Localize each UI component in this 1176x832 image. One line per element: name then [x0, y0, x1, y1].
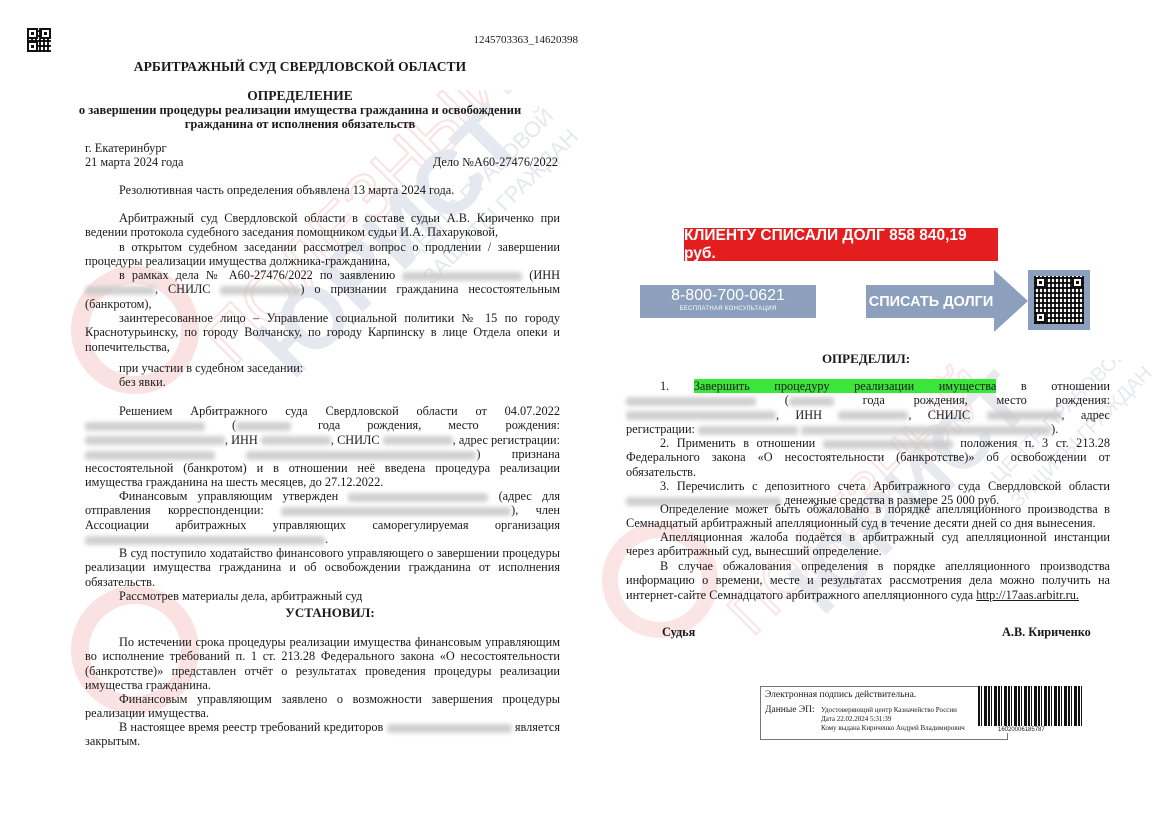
- redacted-inn: [85, 286, 155, 295]
- decision-item-1: 1. Завершить процедуру реализации имущес…: [626, 379, 1110, 436]
- barcode: [978, 686, 1082, 726]
- subtitle-line-1: о завершении процедуры реализации имущес…: [0, 103, 600, 117]
- section-heading-decided: ОПРЕДЕЛИЛ:: [578, 351, 1154, 367]
- participation-label: при участии в судебном заседании:: [119, 361, 303, 375]
- paragraph: в рамках дела № А60-27476/2022 по заявле…: [85, 268, 560, 311]
- debt-written-off-banner: КЛИЕНТУ СПИСАЛИ ДОЛГ 858 840,19 руб.: [684, 228, 998, 261]
- subtitle-line-2: гражданина от исполнения обязательств: [0, 117, 600, 131]
- document-id: 1245703363_14620398: [474, 34, 579, 46]
- judge-label: Судья: [662, 625, 695, 639]
- paragraph: Арбитражный суд Свердловской области в с…: [85, 211, 560, 240]
- signature-date: Дата 22.02.2024 5:31:39: [821, 715, 965, 724]
- paragraph: В настоящее время реестр требований кред…: [85, 720, 560, 749]
- paragraph: Рассмотрев материалы дела, арбитражный с…: [85, 589, 560, 603]
- paragraph: Финансовым управляющим заявлено о возмож…: [85, 692, 560, 721]
- electronic-signature-stamp: Электронная подпись действительна. Данны…: [760, 686, 1008, 740]
- judge-name: А.В. Кириченко: [1002, 625, 1091, 639]
- redacted-name: [402, 272, 522, 281]
- qr-code: [1034, 276, 1084, 324]
- decision-item-2: 2. Применить в отношении положения п. 3 …: [626, 436, 1110, 479]
- document-type: ОПРЕДЕЛЕНИЕ: [0, 88, 600, 104]
- highlighted-decision: Завершить процедуру реализации имущества: [694, 379, 997, 393]
- qr-code-frame[interactable]: [1028, 270, 1090, 330]
- document-subtitle: о завершении процедуры реализации имущес…: [0, 103, 600, 131]
- resolution-note: Резолютивная часть определения объявлена…: [119, 183, 454, 197]
- section-heading-established: УСТАНОВИЛ:: [30, 605, 630, 621]
- appeal-court-link[interactable]: http://17aas.arbitr.ru.: [976, 588, 1079, 602]
- barcode-number: 16020006185787: [996, 727, 1047, 733]
- appeal-paragraph: Апелляционная жалоба подаётся в арбитраж…: [626, 530, 1110, 559]
- write-off-debts-button[interactable]: СПИСАТЬ ДОЛГИ: [866, 270, 1032, 332]
- paragraph: заинтересованное лицо – Управление социа…: [85, 311, 560, 354]
- participation-value: без явки.: [119, 375, 166, 389]
- qr-code: [27, 28, 51, 52]
- phone-button[interactable]: 8-800-700-0621 БЕСПЛАТНАЯ КОНСУЛЬТАЦИЯ: [640, 285, 816, 318]
- court-ruling-page-1: ПОЛЕЗНЫЙ ЮРИСТ ЦЕНТР ПРАВОВОЙ ЗАЩИТЫ ГРА…: [0, 0, 600, 832]
- appeal-paragraph: Определение может быть обжаловано в поря…: [626, 502, 1110, 531]
- signature-label: Данные ЭП:: [765, 705, 815, 715]
- arrow-right-icon: [994, 270, 1028, 332]
- paragraph: в открытом судебном заседании рассмотрел…: [85, 240, 560, 269]
- signature-valid: Электронная подпись действительна.: [765, 690, 916, 700]
- paragraph: В суд поступило ходатайство финансового …: [85, 546, 560, 589]
- signature-issuer: Удостоверяющий центр Казначейство России: [821, 706, 965, 715]
- court-ruling-page-2: ПОЛЕЗНЫЙ ЮРИСТ ЦЕНТР ПРАВОВОЙ ЗАЩИТЫ ГРА…: [600, 0, 1176, 832]
- court-name: АРБИТРАЖНЫЙ СУД СВЕРДЛОВСКОЙ ОБЛАСТИ: [0, 59, 600, 75]
- signature-issued-to: Кому выдана Кириченко Андрей Владимирови…: [821, 724, 965, 733]
- ruling-date: 21 марта 2024 года: [85, 155, 183, 169]
- paragraph: Решением Арбитражного суда Свердловской …: [85, 404, 560, 490]
- appeal-paragraph: В случае обжалования определения в поряд…: [626, 559, 1110, 602]
- city: г. Екатеринбург: [85, 141, 167, 155]
- phone-number: 8-800-700-0621: [640, 287, 816, 305]
- phone-caption: БЕСПЛАТНАЯ КОНСУЛЬТАЦИЯ: [640, 305, 816, 313]
- cta-label: СПИСАТЬ ДОЛГИ: [866, 285, 996, 318]
- case-number: Дело №А60-27476/2022: [433, 155, 558, 169]
- paragraph: Финансовым управляющим утвержден (адрес …: [85, 489, 560, 546]
- redacted-snils: [220, 286, 300, 295]
- paragraph: По истечении срока процедуры реализации …: [85, 635, 560, 692]
